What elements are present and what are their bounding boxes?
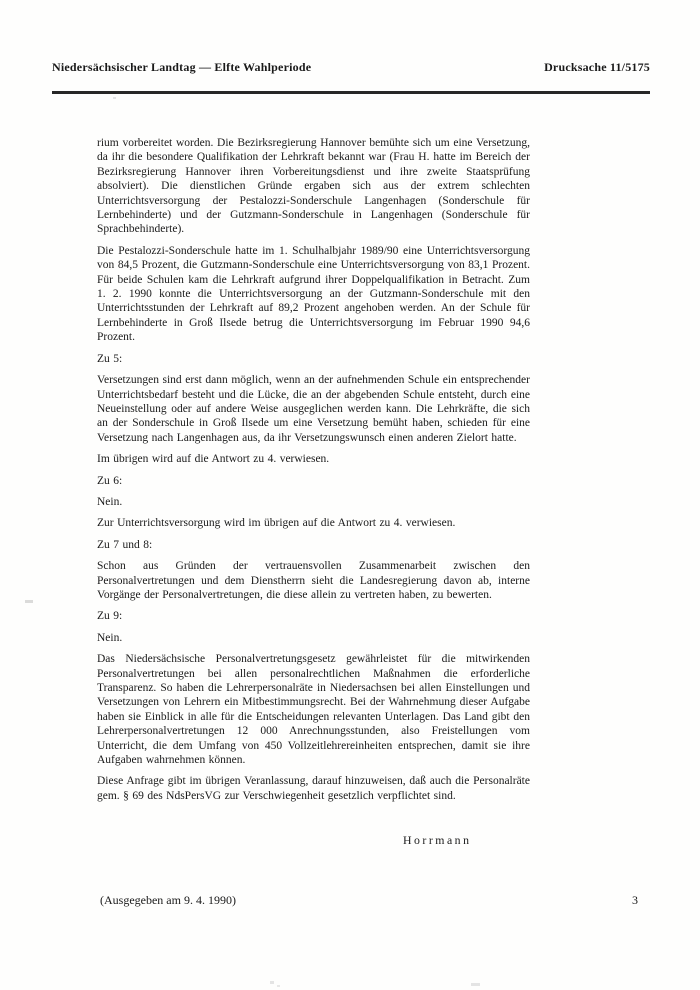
section-heading-zu7-8: Zu 7 und 8:	[97, 538, 530, 552]
footer-issued-date: (Ausgegeben am 9. 4. 1990)	[100, 893, 236, 908]
paragraph: Zur Unterrichtsversorgung wird im übrige…	[97, 516, 530, 530]
section-heading-zu6: Zu 6:	[97, 474, 530, 488]
paragraph: Versetzungen sind erst dann möglich, wen…	[97, 373, 530, 445]
page-footer: (Ausgegeben am 9. 4. 1990) 3	[100, 893, 638, 908]
section-heading-zu9: Zu 9:	[97, 609, 530, 623]
paragraph: Im übrigen wird auf die Antwort zu 4. ve…	[97, 452, 530, 466]
scan-artifact	[277, 985, 280, 987]
section-heading-zu5: Zu 5:	[97, 352, 530, 366]
paragraph: Diese Anfrage gibt im übrigen Veranlassu…	[97, 774, 530, 803]
header-document-number: Drucksache 11/5175	[544, 60, 650, 75]
paragraph: Nein.	[97, 495, 530, 509]
scan-artifact	[25, 600, 33, 603]
scan-artifact	[270, 981, 274, 984]
document-page: Niedersächsischer Landtag — Elfte Wahlpe…	[0, 0, 700, 990]
paragraph: Schon aus Gründen der vertrauensvollen Z…	[97, 559, 530, 602]
page-header: Niedersächsischer Landtag — Elfte Wahlpe…	[52, 60, 650, 75]
paragraph: Nein.	[97, 631, 530, 645]
footer-page-number: 3	[632, 893, 638, 908]
scan-artifact	[471, 983, 480, 986]
scan-artifact	[113, 97, 116, 99]
header-rule	[52, 91, 650, 94]
document-body: rium vorbereitet worden. Die Bezirksregi…	[97, 136, 530, 848]
paragraph: Die Pestalozzi-Sonderschule hatte im 1. …	[97, 244, 530, 345]
paragraph: rium vorbereitet worden. Die Bezirksregi…	[97, 136, 530, 237]
paragraph: Das Niedersächsische Personalvertretungs…	[97, 652, 530, 767]
header-publication: Niedersächsischer Landtag — Elfte Wahlpe…	[52, 60, 311, 75]
signature: Horrmann	[403, 833, 530, 847]
